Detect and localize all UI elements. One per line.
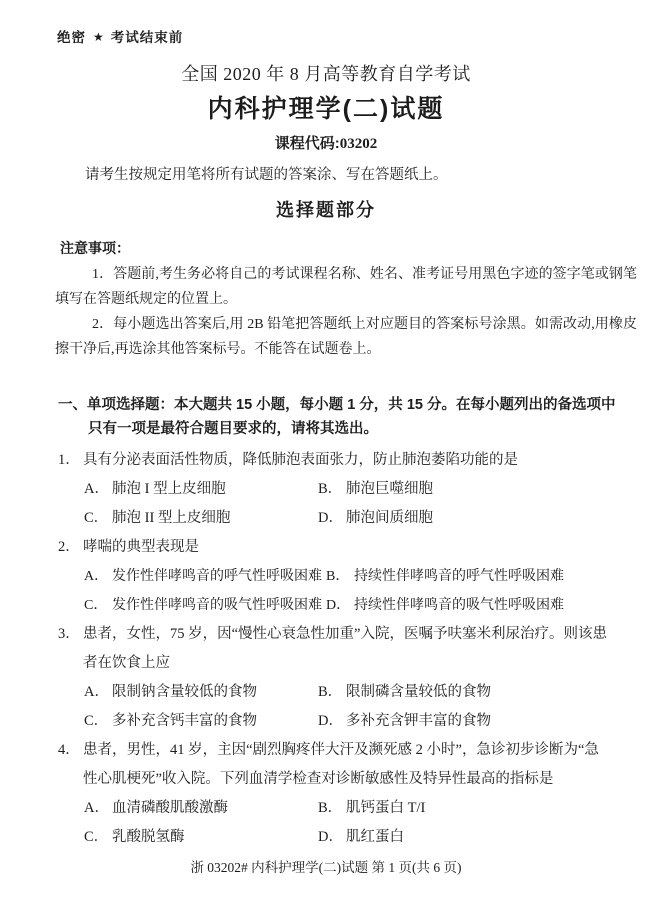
option-label: C． [84, 707, 112, 736]
option-label: D． [326, 591, 354, 620]
option-text: 血清磷酸肌酸激酶 [112, 800, 228, 816]
question-2-options-row-1: A．发作性伴哮鸣音的呼气性呼吸困难 B．持续性伴哮鸣音的呼气性呼吸困难 [0, 562, 652, 591]
option-text: 多补充含钾丰富的食物 [346, 713, 491, 729]
course-code-value: 03202 [340, 136, 378, 152]
option-B: B．肺泡巨噬细胞 [318, 475, 433, 504]
question-number: 3． [58, 620, 83, 649]
option-text: 乳酸脱氢酶 [112, 829, 185, 845]
option-label: C． [84, 823, 112, 852]
option-label: A． [84, 794, 112, 823]
option-label: B． [318, 678, 346, 707]
section-heading-line2: 只有一项是最符合题目要求的，请将其选出。 [88, 417, 624, 441]
session-title: 全国 2020 年 8 月高等教育自学考试 [0, 60, 652, 86]
question-3-options-row-2: C．多补充含钙丰富的食物 D．多补充含钾丰富的食物 [0, 707, 652, 736]
question-2: 2．哮喘的典型表现是 A．发作性伴哮鸣音的呼气性呼吸困难 B．持续性伴哮鸣音的呼… [0, 533, 652, 620]
option-D: D．持续性伴哮鸣音的吸气性呼吸困难 [326, 591, 564, 620]
option-C: C．肺泡 II 型上皮细胞 [84, 504, 318, 533]
question-4: 4．患者，男性，41 岁，主因“剧烈胸疼伴大汗及濒死感 2 小时”，急诊初步诊断… [0, 736, 652, 852]
option-text: 肺泡巨噬细胞 [346, 481, 433, 497]
option-text: 限制磷含量较低的食物 [346, 684, 491, 700]
option-label: C． [84, 591, 112, 620]
option-label: A． [84, 562, 112, 591]
option-B: B．限制磷含量较低的食物 [318, 678, 491, 707]
question-1-options-row-2: C．肺泡 II 型上皮细胞 D．肺泡间质细胞 [0, 504, 652, 533]
option-D: D．肌红蛋白 [318, 823, 404, 852]
option-A: A．血清磷酸肌酸激酶 [84, 794, 318, 823]
question-1-stem: 1．具有分泌表面活性物质，降低肺泡表面张力，防止肺泡萎陷功能的是 [0, 446, 608, 475]
question-2-stem: 2．哮喘的典型表现是 [0, 533, 608, 562]
option-label: B． [326, 562, 354, 591]
option-D: D．多补充含钾丰富的食物 [318, 707, 491, 736]
course-code: 课程代码:03202 [0, 132, 652, 153]
option-A: A．发作性伴哮鸣音的呼气性呼吸困难 [84, 562, 326, 591]
page-footer: 浙 03202# 内科护理学(二)试题 第 1 页(共 6 页) [0, 859, 652, 877]
section-heading-line1: 一、单项选择题：本大题共 15 小题，每小题 1 分，共 15 分。在每小题列出… [58, 393, 624, 417]
part-title: 选择题部分 [0, 198, 652, 222]
course-code-label: 课程代码: [275, 135, 340, 152]
question-4-options-row-1: A．血清磷酸肌酸激酶 B．肌钙蛋白 T/I [0, 794, 652, 823]
question-text: 患者，男性，41 岁，主因“剧烈胸疼伴大汗及濒死感 2 小时”，急诊初步诊断为“… [83, 742, 599, 787]
option-label: A． [84, 475, 112, 504]
classification-banner: 绝密★考试结束前 [57, 26, 183, 46]
option-text: 肌红蛋白 [346, 829, 404, 845]
option-A: A．限制钠含量较低的食物 [84, 678, 318, 707]
option-text: 多补充含钙丰富的食物 [112, 713, 257, 729]
answer-sheet-instruction: 请考生按规定用笔将所有试题的答案涂、写在答题纸上。 [85, 166, 652, 185]
option-text: 限制钠含量较低的食物 [112, 684, 257, 700]
option-text: 持续性伴哮鸣音的吸气性呼吸困难 [354, 598, 564, 613]
question-text: 哮喘的典型表现是 [83, 539, 199, 555]
notices-heading: 注意事项： [60, 239, 652, 258]
exam-timing-label: 考试结束前 [111, 30, 184, 45]
question-1: 1．具有分泌表面活性物质，降低肺泡表面张力，防止肺泡萎陷功能的是 A．肺泡 I … [0, 446, 652, 533]
option-label: A． [84, 678, 112, 707]
option-label: B． [318, 475, 346, 504]
star-icon: ★ [86, 30, 111, 44]
notice-item-1: 1．答题前,考生务必将自己的考试课程名称、姓名、准考证号用黑色字迹的签字笔或钢笔… [55, 262, 637, 312]
exam-paper-page: 绝密★考试结束前 全国 2020 年 8 月高等教育自学考试 内科护理学(二)试… [0, 0, 652, 924]
question-3-stem: 3．患者，女性，75 岁，因“慢性心衰急性加重”入院，医嘱予呋塞米利尿治疗。则该… [0, 620, 608, 678]
option-label: D． [318, 504, 346, 533]
question-1-options-row-1: A．肺泡 I 型上皮细胞 B．肺泡巨噬细胞 [0, 475, 652, 504]
option-text: 肌钙蛋白 T/I [346, 800, 425, 816]
option-text: 发作性伴哮鸣音的呼气性呼吸困难 [112, 569, 322, 584]
single-choice-section: 一、单项选择题：本大题共 15 小题，每小题 1 分，共 15 分。在每小题列出… [0, 393, 652, 877]
option-C: C．乳酸脱氢酶 [84, 823, 318, 852]
question-text: 患者，女性，75 岁，因“慢性心衰急性加重”入院，医嘱予呋塞米利尿治疗。则该患者… [83, 626, 607, 671]
question-3-options-row-1: A．限制钠含量较低的食物 B．限制磷含量较低的食物 [0, 678, 652, 707]
option-A: A．肺泡 I 型上皮细胞 [84, 475, 318, 504]
option-text: 肺泡 I 型上皮细胞 [112, 481, 226, 497]
question-number: 1． [58, 446, 83, 475]
option-C: C．多补充含钙丰富的食物 [84, 707, 318, 736]
classification-label: 绝密 [57, 30, 86, 45]
question-4-stem: 4．患者，男性，41 岁，主因“剧烈胸疼伴大汗及濒死感 2 小时”，急诊初步诊断… [0, 736, 608, 794]
notice-item-2: 2．每小题选出答案后,用 2B 铅笔把答题纸上对应题目的答案标号涂黑。如需改动,… [55, 312, 637, 362]
option-text: 肺泡 II 型上皮细胞 [112, 510, 230, 526]
front-matter: 请考生按规定用笔将所有试题的答案涂、写在答题纸上。 选择题部分 注意事项： 1．… [0, 166, 652, 362]
option-label: C． [84, 504, 112, 533]
option-text: 发作性伴哮鸣音的吸气性呼吸困难 [112, 598, 322, 613]
option-label: D． [318, 823, 346, 852]
question-4-options-row-2: C．乳酸脱氢酶 D．肌红蛋白 [0, 823, 652, 852]
question-2-options-row-2: C．发作性伴哮鸣音的吸气性呼吸困难 D．持续性伴哮鸣音的吸气性呼吸困难 [0, 591, 652, 620]
option-B: B．肌钙蛋白 T/I [318, 794, 425, 823]
option-text: 持续性伴哮鸣音的呼气性呼吸困难 [354, 569, 564, 584]
question-number: 4． [58, 736, 83, 765]
question-3: 3．患者，女性，75 岁，因“慢性心衰急性加重”入院，医嘱予呋塞米利尿治疗。则该… [0, 620, 652, 736]
option-label: B． [318, 794, 346, 823]
option-C: C．发作性伴哮鸣音的吸气性呼吸困难 [84, 591, 326, 620]
question-text: 具有分泌表面活性物质，降低肺泡表面张力，防止肺泡萎陷功能的是 [83, 452, 518, 468]
option-D: D．肺泡间质细胞 [318, 504, 433, 533]
question-number: 2． [58, 533, 83, 562]
option-text: 肺泡间质细胞 [346, 510, 433, 526]
option-B: B．持续性伴哮鸣音的呼气性呼吸困难 [326, 562, 564, 591]
option-label: D． [318, 707, 346, 736]
paper-title: 内科护理学(二)试题 [0, 89, 652, 125]
